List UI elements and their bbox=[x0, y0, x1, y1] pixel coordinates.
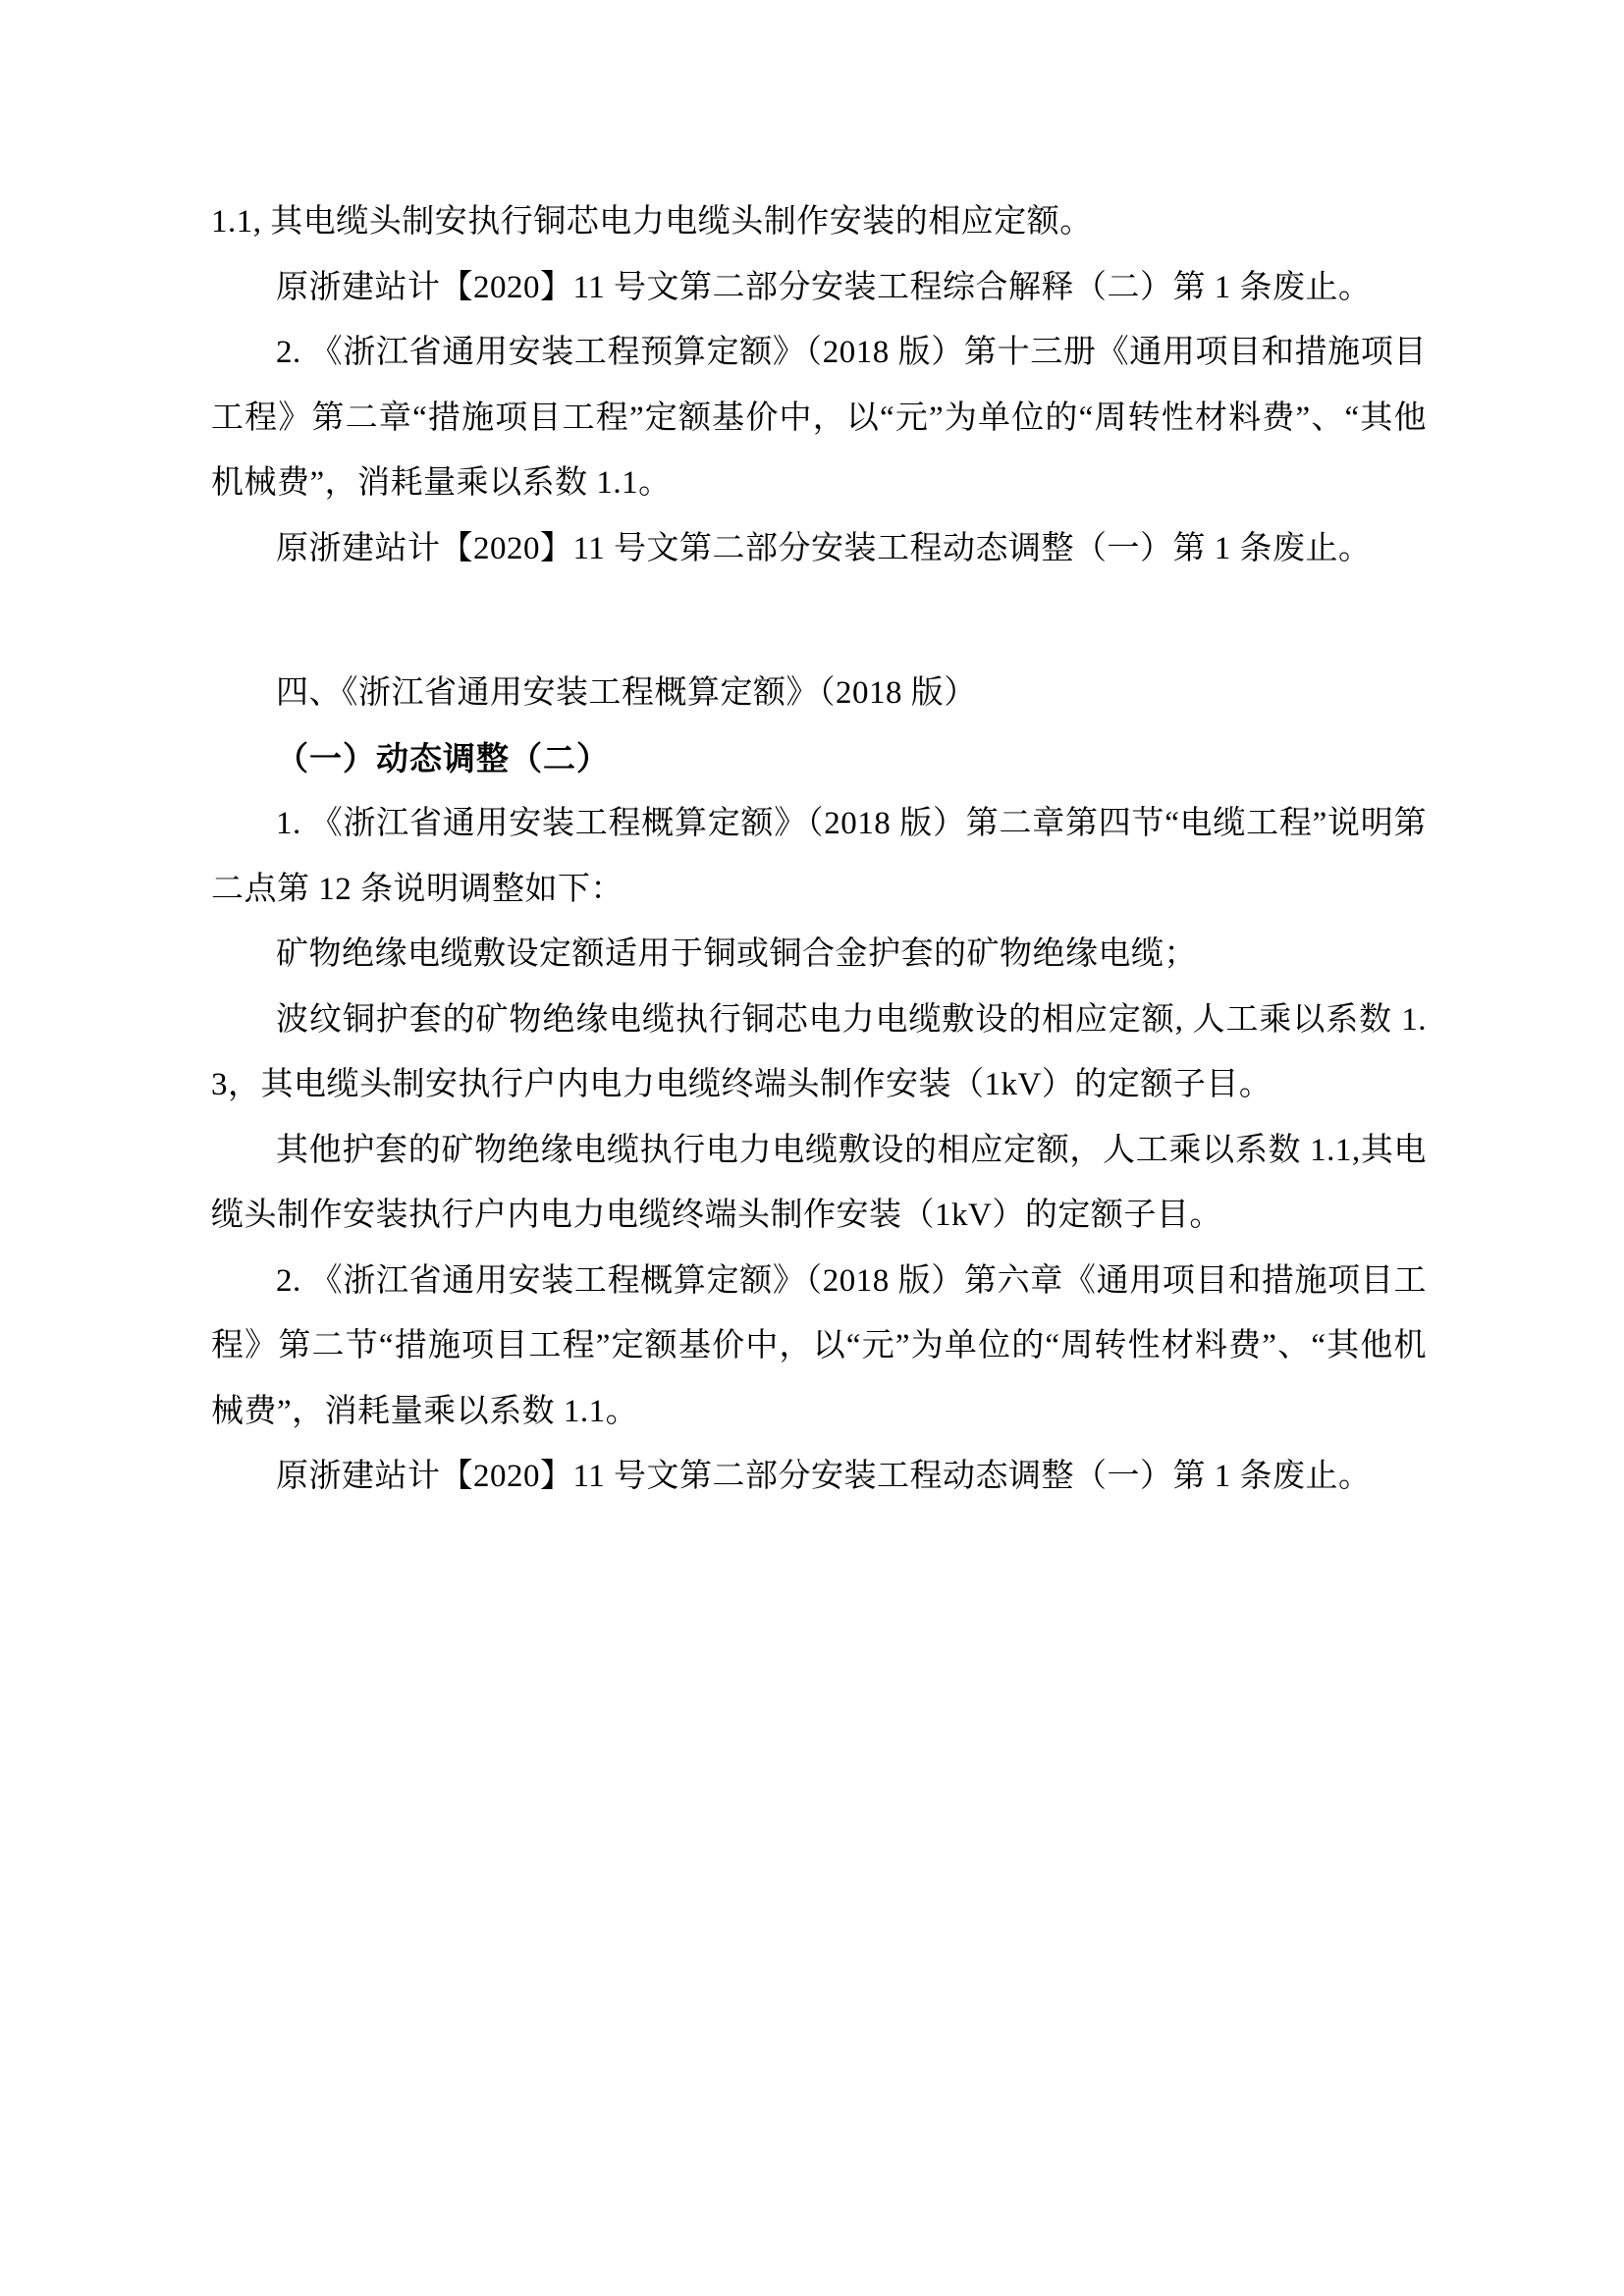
paragraph-mineral-insulated-cable-scope: 矿物绝缘电缆敷设定额适用于铜或铜合金护套的矿物绝缘电缆； bbox=[211, 922, 1427, 988]
paragraph-repeal-notice-comprehensive-explanation: 原浙建站计【2020】11 号文第二部分安装工程综合解释（二）第 1 条废止。 bbox=[211, 255, 1427, 321]
paragraph-cable-head-continuation: 1.1, 其电缆头制安执行铜芯电力电缆头制作安装的相应定额。 bbox=[211, 189, 1427, 255]
paragraph-other-sheath-rule: 其他护套的矿物绝缘电缆执行电力电缆敷设的相应定额，人工乘以系数 1.1,其电缆头… bbox=[211, 1118, 1427, 1249]
paragraph-item2-budget-quota-adjustment: 2. 《浙江省通用安装工程预算定额》（2018 版）第十三册《通用项目和措施项目… bbox=[211, 320, 1427, 516]
paragraph-corrugated-copper-sheath-rule: 波纹铜护套的矿物绝缘电缆执行铜芯电力电缆敷设的相应定额, 人工乘以系数 1.3，… bbox=[211, 988, 1427, 1118]
paragraph-repeal-notice-dynamic-adjustment-2: 原浙建站计【2020】11 号文第二部分安装工程动态调整（一）第 1 条废止。 bbox=[211, 1444, 1427, 1510]
paragraph-item2-estimate-quota-adjustment: 2. 《浙江省通用安装工程概算定额》（2018 版）第六章《通用项目和措施项目工… bbox=[211, 1249, 1427, 1445]
paragraph-item1-cable-engineering-note: 1. 《浙江省通用安装工程概算定额》（2018 版）第二章第四节“电缆工程”说明… bbox=[211, 791, 1427, 922]
document-text-block: 1.1, 其电缆头制安执行铜芯电力电缆头制作安装的相应定额。 原浙建站计【202… bbox=[211, 189, 1427, 1510]
subsection-heading-dynamic-adjustment-two: （一）动态调整（二） bbox=[211, 726, 1427, 792]
paragraph-repeal-notice-dynamic-adjustment-1: 原浙建站计【2020】11 号文第二部分安装工程动态调整（一）第 1 条废止。 bbox=[211, 516, 1427, 582]
section-heading-four-estimate-quota: 四、《浙江省通用安装工程概算定额》（2018 版） bbox=[211, 661, 1427, 726]
document-page: 1.1, 其电缆头制安执行铜芯电力电缆头制作安装的相应定额。 原浙建站计【202… bbox=[0, 0, 1624, 2296]
